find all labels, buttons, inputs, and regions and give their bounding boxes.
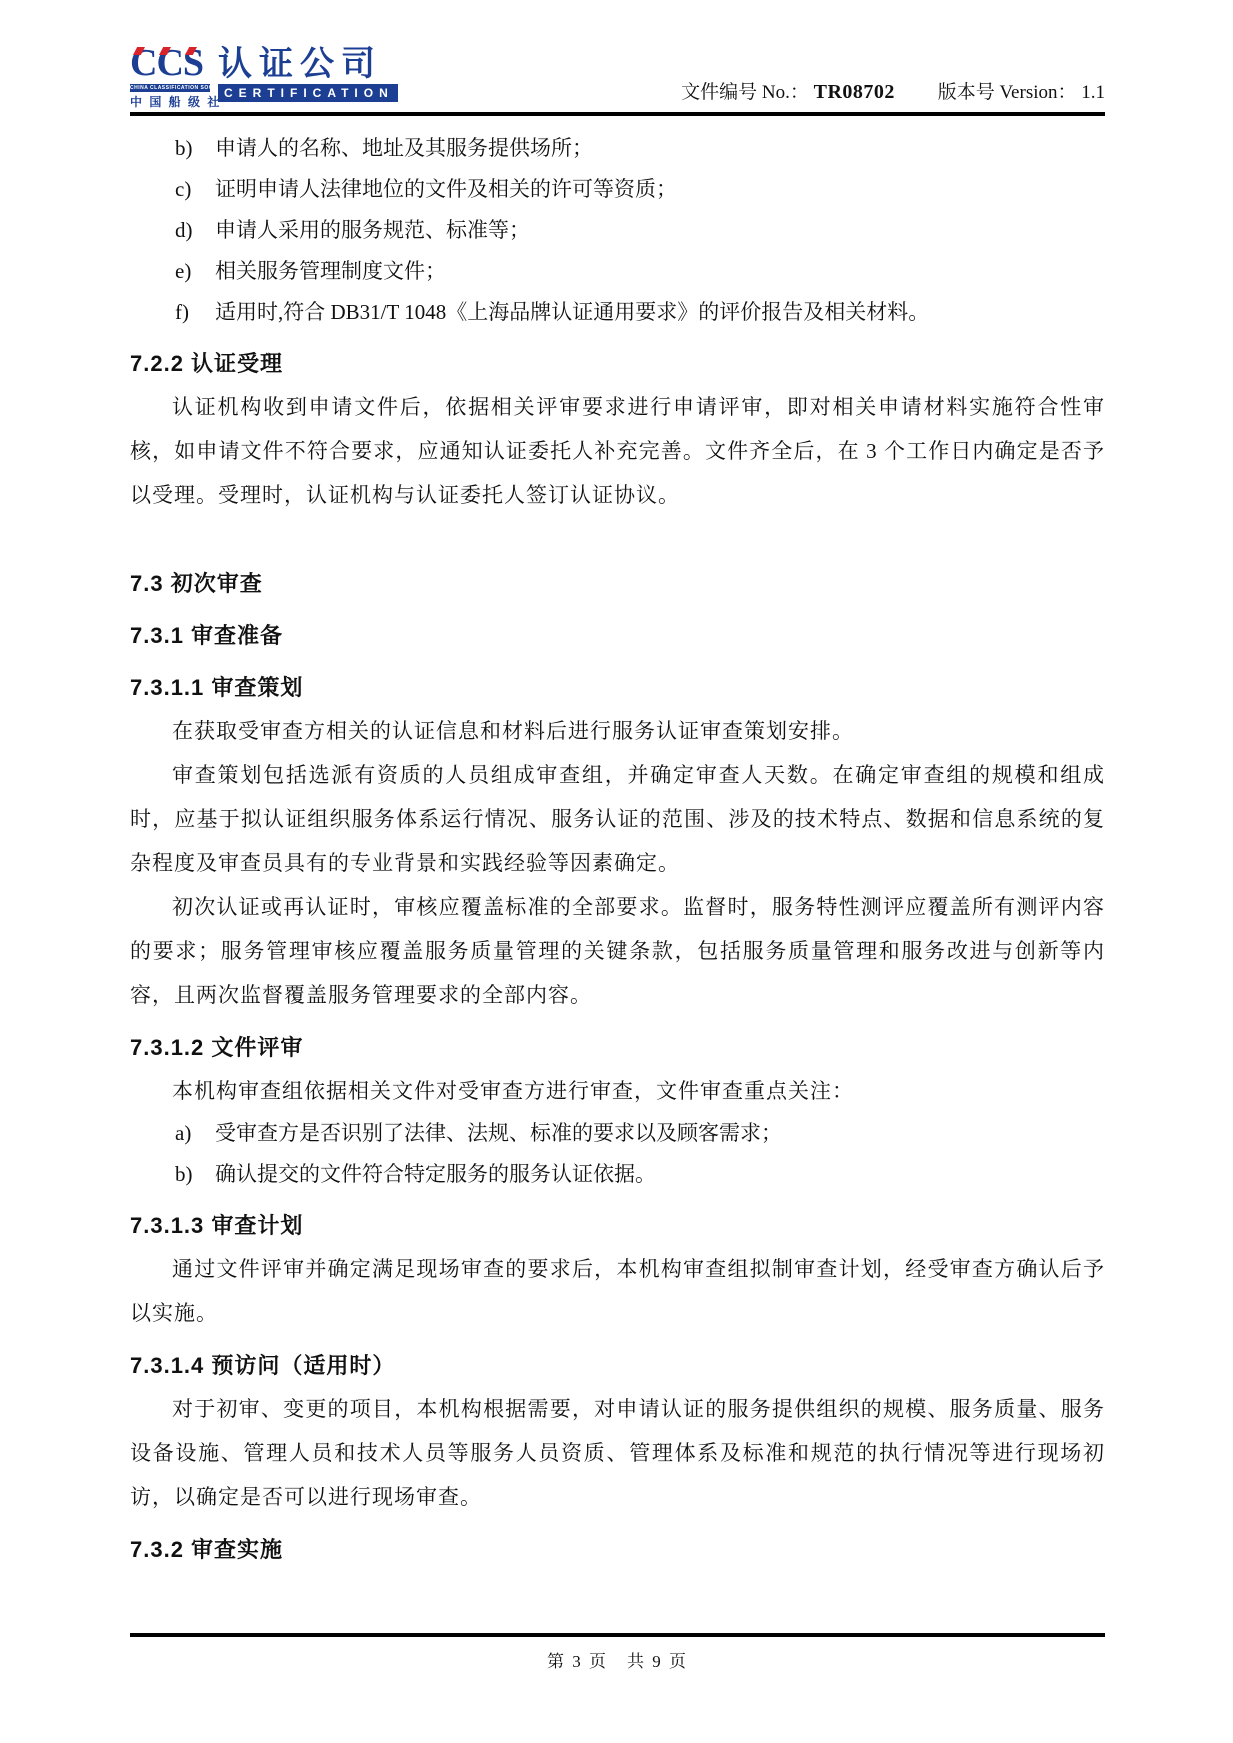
version-label: 版本号 Version： (938, 82, 1077, 103)
ccs-letters-block: CCS (130, 45, 210, 83)
page-footer: 第 3 页 共 9 页 (130, 1633, 1105, 1672)
paragraph-7-3-1-2: 本机构审查组依据相关文件对受审查方进行审查，文件审查重点关注： (130, 1069, 1105, 1113)
paragraph-7-3-1-1-b: 审查策划包括选派有资质的人员组成审查组，并确定审查人天数。在确定审查组的规模和组… (130, 753, 1105, 885)
list-text: 受审查方是否识别了法律、法规、标准的要求以及顾客需求； (215, 1113, 1105, 1154)
certification-wordmark: 认证公司 CERTIFICATION (218, 45, 398, 102)
list-item: b) 确认提交的文件符合特定服务的服务认证依据。 (130, 1154, 1105, 1195)
paragraph-7-3-1-1-c: 初次认证或再认证时，审核应覆盖标准的全部要求。监督时，服务特性测评应覆盖所有测评… (130, 885, 1105, 1017)
list-text: 申请人采用的服务规范、标准等； (215, 210, 1105, 251)
list-item: a) 受审查方是否识别了法律、法规、标准的要求以及顾客需求； (130, 1113, 1105, 1154)
list-item: e) 相关服务管理制度文件； (130, 251, 1105, 292)
list-marker: c) (175, 169, 215, 210)
paragraph-7-3-1-3: 通过文件评审并确定满足现场审查的要求后，本机构审查组拟制审查计划，经受审查方确认… (130, 1247, 1105, 1335)
ccs-society-name-en: CHINA CLASSIFICATION SOCIETY (130, 84, 210, 92)
list-item: c) 证明申请人法律地位的文件及相关的许可等资质； (130, 169, 1105, 210)
doc-no-value: TR08702 (814, 81, 895, 103)
doc-no-label: 文件编号 No.： (681, 82, 809, 103)
list-item: d) 申请人采用的服务规范、标准等； (130, 210, 1105, 251)
company-name-cn: 认证公司 (218, 46, 398, 82)
list-text: 适用时,符合 DB31/T 1048《上海品牌认证通用要求》的评价报告及相关材料… (215, 292, 1105, 333)
list-marker: f) (175, 292, 215, 333)
list-text: 确认提交的文件符合特定服务的服务认证依据。 (215, 1154, 1105, 1195)
document-meta: 文件编号 No.： TR08702 版本号 Version： 1.1 (681, 77, 1105, 104)
paragraph-7-3-1-1-a: 在获取受审查方相关的认证信息和材料后进行服务认证审查策划安排。 (130, 709, 1105, 753)
blank-line (130, 517, 1105, 553)
heading-7-2-2: 7.2.2 认证受理 (130, 343, 1105, 385)
heading-7-3-1-1: 7.3.1.1 审查策划 (130, 667, 1105, 709)
version-value: 1.1 (1081, 82, 1105, 103)
page-number: 第 3 页 共 9 页 (547, 1652, 688, 1671)
list-marker: a) (175, 1113, 215, 1154)
list-marker: e) (175, 251, 215, 292)
list-text: 申请人的名称、地址及其服务提供场所； (215, 128, 1105, 169)
list-item: b) 申请人的名称、地址及其服务提供场所； (130, 128, 1105, 169)
paragraph-7-2-2: 认证机构收到申请文件后，依据相关评审要求进行申请评审，即对相关申请材料实施符合性… (130, 385, 1105, 517)
list-text: 证明申请人法律地位的文件及相关的许可等资质； (215, 169, 1105, 210)
heading-7-3-2: 7.3.2 审查实施 (130, 1529, 1105, 1571)
list-marker: b) (175, 1154, 215, 1195)
list-marker: b) (175, 128, 215, 169)
document-body: b) 申请人的名称、地址及其服务提供场所； c) 证明申请人法律地位的文件及相关… (130, 128, 1105, 1571)
ccs-logo: CCS CHINA CLASSIFICATION SOCIETY 中 国 船 级… (130, 45, 398, 110)
heading-7-3-1-2: 7.3.1.2 文件评审 (130, 1027, 1105, 1069)
heading-7-3: 7.3 初次审查 (130, 563, 1105, 605)
list-marker: d) (175, 210, 215, 251)
page-header: CCS CHINA CLASSIFICATION SOCIETY 中 国 船 级… (130, 40, 1105, 116)
paragraph-7-3-1-4: 对于初审、变更的项目，本机构根据需要，对申请认证的服务提供组织的规模、服务质量、… (130, 1387, 1105, 1519)
list-text: 相关服务管理制度文件； (215, 251, 1105, 292)
ccs-society-name-cn: 中 国 船 级 社 (130, 93, 210, 110)
company-name-en: CERTIFICATION (218, 84, 398, 102)
list-item: f) 适用时,符合 DB31/T 1048《上海品牌认证通用要求》的评价报告及相… (130, 292, 1105, 333)
heading-7-3-1-3: 7.3.1.3 审查计划 (130, 1205, 1105, 1247)
ccs-logo-mark: CCS CHINA CLASSIFICATION SOCIETY 中 国 船 级… (130, 45, 210, 110)
document-page: CCS CHINA CLASSIFICATION SOCIETY 中 国 船 级… (0, 0, 1233, 1743)
heading-7-3-1-4: 7.3.1.4 预访问（适用时） (130, 1345, 1105, 1387)
heading-7-3-1: 7.3.1 审查准备 (130, 615, 1105, 657)
